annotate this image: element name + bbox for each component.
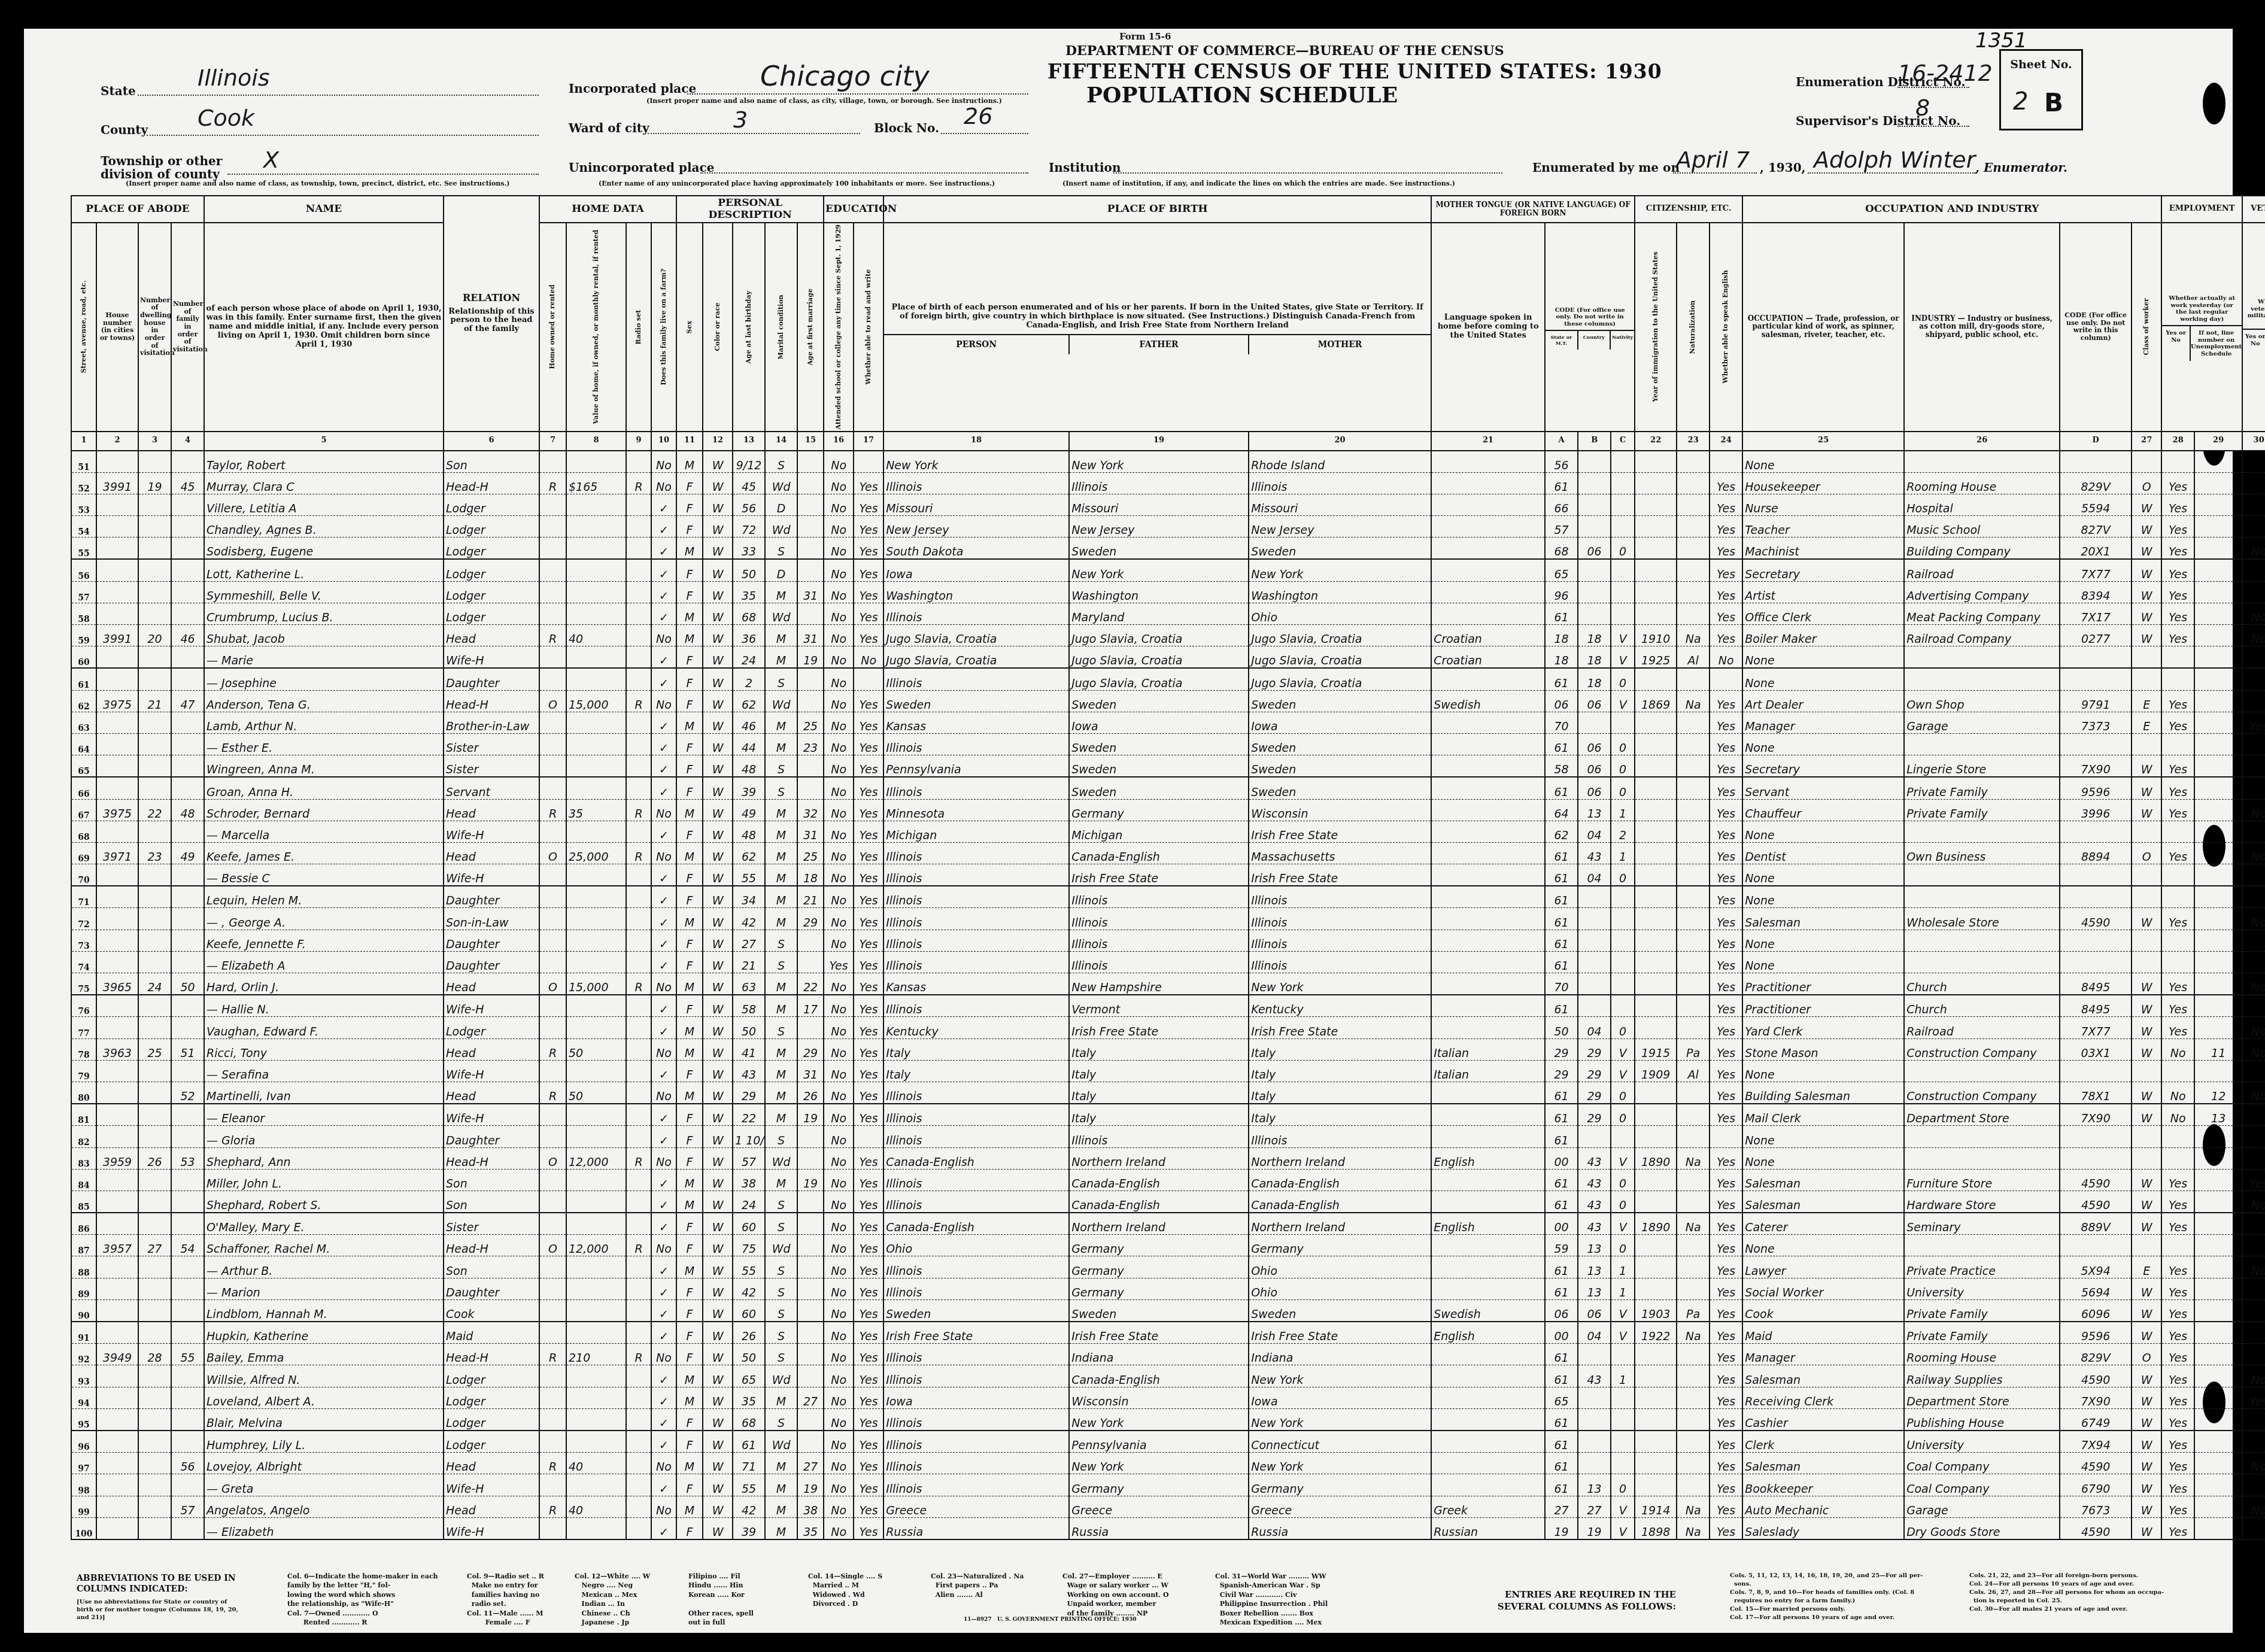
cell-age[interactable]: 50 <box>733 1344 765 1365</box>
cell-birth-person[interactable]: Minnesota <box>883 799 1069 821</box>
cell-code-d[interactable]: 3996 <box>2060 799 2132 821</box>
cell-sex[interactable]: F <box>676 559 703 581</box>
cell-immig[interactable] <box>1635 777 1677 799</box>
cell-owned[interactable] <box>539 1126 566 1147</box>
cell-owned[interactable] <box>539 1365 566 1387</box>
cell-birth-mother[interactable]: New York <box>1249 559 1431 581</box>
cell-immig[interactable]: 1914 <box>1635 1496 1677 1517</box>
cell-family[interactable] <box>171 1256 204 1278</box>
cell-age-marriage[interactable]: 23 <box>797 733 824 755</box>
cell-age[interactable]: 62 <box>733 690 765 712</box>
cell-name[interactable]: Vaughan, Edward F. <box>204 1017 444 1038</box>
cell-relation[interactable]: Sister <box>444 733 539 755</box>
cell-at-work[interactable]: Yes <box>2161 1017 2194 1038</box>
cell-sex[interactable]: F <box>676 777 703 799</box>
cell-value[interactable] <box>566 995 626 1017</box>
cell-sex[interactable]: F <box>676 690 703 712</box>
cell-at-work[interactable] <box>2161 951 2194 973</box>
cell-code-a[interactable]: 61 <box>1545 777 1578 799</box>
cell-english[interactable]: Yes <box>1710 1213 1742 1235</box>
cell-value[interactable] <box>566 1431 626 1453</box>
cell-immig[interactable] <box>1635 755 1677 778</box>
cell-vet[interactable]: No <box>2242 908 2265 930</box>
cell-english[interactable]: Yes <box>1710 1431 1742 1453</box>
cell-birth-mother[interactable]: Italy <box>1249 1060 1431 1082</box>
cell-family[interactable] <box>171 559 204 581</box>
cell-immig[interactable]: 1915 <box>1635 1038 1677 1060</box>
cell-tongue[interactable] <box>1431 1256 1545 1278</box>
cell-industry[interactable]: Church <box>1904 973 2060 995</box>
cell-value[interactable] <box>566 864 626 886</box>
cell-code-c[interactable]: 1 <box>1611 842 1635 864</box>
cell-sex[interactable]: M <box>676 451 703 473</box>
cell-read[interactable]: Yes <box>854 1517 883 1539</box>
cell-occupation[interactable]: Manager <box>1742 712 1904 733</box>
cell-house[interactable] <box>96 1126 138 1147</box>
cell-natur[interactable] <box>1677 516 1710 537</box>
cell-radio[interactable] <box>626 1299 651 1322</box>
cell-owned[interactable] <box>539 1299 566 1322</box>
cell-family[interactable] <box>171 1365 204 1387</box>
cell-relation[interactable]: Lodger <box>444 581 539 603</box>
cell-relation[interactable]: Sister <box>444 1213 539 1235</box>
cell-birth-father[interactable]: Russia <box>1069 1517 1249 1539</box>
cell-farm[interactable]: No <box>651 799 676 821</box>
cell-tongue[interactable] <box>1431 930 1545 951</box>
cell-industry[interactable] <box>1904 646 2060 669</box>
cell-farm[interactable]: ✓ <box>651 603 676 624</box>
cell-race[interactable]: W <box>703 842 733 864</box>
cell-radio[interactable] <box>626 1453 651 1474</box>
cell-sex[interactable]: M <box>676 537 703 560</box>
cell-school[interactable]: No <box>824 755 854 778</box>
cell-school[interactable]: No <box>824 733 854 755</box>
cell-family[interactable] <box>171 886 204 908</box>
cell-code-c[interactable] <box>1611 1387 1635 1408</box>
cell-code-b[interactable]: 18 <box>1578 668 1611 690</box>
cell-immig[interactable] <box>1635 733 1677 755</box>
cell-race[interactable]: W <box>703 1191 733 1213</box>
cell-natur[interactable] <box>1677 951 1710 973</box>
cell-english[interactable]: Yes <box>1710 1038 1742 1060</box>
cell-code-a[interactable]: 57 <box>1545 516 1578 537</box>
cell-house[interactable] <box>96 1365 138 1387</box>
cell-relation[interactable]: Daughter <box>444 1126 539 1147</box>
cell-sex[interactable]: F <box>676 1299 703 1322</box>
cell-industry[interactable]: Wholesale Store <box>1904 908 2060 930</box>
cell-race[interactable]: W <box>703 559 733 581</box>
cell-code-c[interactable] <box>1611 908 1635 930</box>
cell-school[interactable]: No <box>824 581 854 603</box>
cell-code-d[interactable]: 8894 <box>2060 842 2132 864</box>
cell-unemp[interactable]: 11 <box>2194 1038 2242 1060</box>
cell-radio[interactable] <box>626 1278 651 1299</box>
cell-relation[interactable]: Lodger <box>444 494 539 515</box>
cell-age-marriage[interactable] <box>797 1344 824 1365</box>
cell-value[interactable]: $165 <box>566 472 626 494</box>
cell-family[interactable] <box>171 1322 204 1344</box>
cell-code-d[interactable] <box>2060 930 2132 951</box>
cell-read[interactable]: Yes <box>854 1104 883 1126</box>
cell-birth-person[interactable]: Illinois <box>883 472 1069 494</box>
cell-radio[interactable] <box>626 821 651 842</box>
cell-relation[interactable]: Son <box>444 1256 539 1278</box>
cell-house[interactable] <box>96 712 138 733</box>
cell-owned[interactable] <box>539 1017 566 1038</box>
cell-code-d[interactable]: 889V <box>2060 1213 2132 1235</box>
cell-tongue[interactable] <box>1431 1169 1545 1191</box>
cell-house[interactable] <box>96 1017 138 1038</box>
cell-vet[interactable] <box>2242 1431 2265 1453</box>
cell-read[interactable]: Yes <box>854 777 883 799</box>
cell-code-c[interactable] <box>1611 951 1635 973</box>
cell-school[interactable]: No <box>824 516 854 537</box>
cell-code-c[interactable] <box>1611 995 1635 1017</box>
cell-class[interactable]: O <box>2132 1344 2161 1365</box>
cell-industry[interactable]: Lingerie Store <box>1904 755 2060 778</box>
cell-family[interactable] <box>171 537 204 560</box>
cell-radio[interactable] <box>626 777 651 799</box>
cell-age[interactable]: 9/12 <box>733 451 765 473</box>
cell-family[interactable]: 46 <box>171 625 204 646</box>
cell-owned[interactable] <box>539 821 566 842</box>
cell-marital[interactable]: Wd <box>765 1431 797 1453</box>
cell-dwelling[interactable] <box>138 1474 171 1496</box>
cell-radio[interactable] <box>626 1038 651 1060</box>
cell-code-a[interactable]: 61 <box>1545 1104 1578 1126</box>
cell-birth-mother[interactable]: Sweden <box>1249 537 1431 560</box>
cell-marital[interactable]: M <box>765 1082 797 1104</box>
cell-birth-mother[interactable]: Sweden <box>1249 777 1431 799</box>
cell-age[interactable]: 55 <box>733 1256 765 1278</box>
cell-tongue[interactable] <box>1431 668 1545 690</box>
cell-birth-father[interactable]: Italy <box>1069 1104 1249 1126</box>
cell-at-work[interactable]: Yes <box>2161 1408 2194 1431</box>
cell-sex[interactable]: M <box>676 1453 703 1474</box>
cell-school[interactable]: No <box>824 842 854 864</box>
cell-farm[interactable]: No <box>651 690 676 712</box>
cell-unemp[interactable] <box>2194 1344 2242 1365</box>
cell-family[interactable] <box>171 1474 204 1496</box>
cell-code-a[interactable]: 65 <box>1545 559 1578 581</box>
cell-unemp[interactable] <box>2194 712 2242 733</box>
cell-read[interactable]: Yes <box>854 1038 883 1060</box>
cell-race[interactable]: W <box>703 1517 733 1539</box>
cell-read[interactable]: Yes <box>854 1365 883 1387</box>
cell-dwelling[interactable]: 24 <box>138 973 171 995</box>
cell-vet[interactable] <box>2242 1104 2265 1126</box>
cell-owned[interactable]: R <box>539 472 566 494</box>
cell-unemp[interactable] <box>2194 1278 2242 1299</box>
cell-code-a[interactable]: 64 <box>1545 799 1578 821</box>
cell-industry[interactable]: Railroad <box>1904 1017 2060 1038</box>
cell-house[interactable] <box>96 951 138 973</box>
cell-dwelling[interactable] <box>138 1060 171 1082</box>
cell-name[interactable]: — Elizabeth <box>204 1517 444 1539</box>
cell-age-marriage[interactable] <box>797 1431 824 1453</box>
cell-race[interactable]: W <box>703 494 733 515</box>
cell-code-c[interactable] <box>1611 472 1635 494</box>
cell-sex[interactable]: F <box>676 1213 703 1235</box>
cell-code-b[interactable] <box>1578 559 1611 581</box>
cell-birth-mother[interactable]: Northern Ireland <box>1249 1147 1431 1169</box>
cell-farm[interactable]: ✓ <box>651 1431 676 1453</box>
cell-code-a[interactable]: 27 <box>1545 1496 1578 1517</box>
cell-vet[interactable] <box>2242 516 2265 537</box>
cell-radio[interactable] <box>626 581 651 603</box>
cell-name[interactable]: Shephard, Ann <box>204 1147 444 1169</box>
cell-code-d[interactable]: 7X90 <box>2060 755 2132 778</box>
cell-code-c[interactable]: 0 <box>1611 864 1635 886</box>
cell-birth-father[interactable]: Canada-English <box>1069 1191 1249 1213</box>
cell-natur[interactable] <box>1677 1453 1710 1474</box>
cell-name[interactable]: Keefe, Jennette F. <box>204 930 444 951</box>
cell-at-work[interactable]: No <box>2161 1082 2194 1104</box>
cell-industry[interactable]: Seminary <box>1904 1213 2060 1235</box>
cell-class[interactable]: E <box>2132 690 2161 712</box>
cell-code-b[interactable] <box>1578 1126 1611 1147</box>
cell-occupation[interactable]: Caterer <box>1742 1213 1904 1235</box>
cell-marital[interactable]: Wd <box>765 516 797 537</box>
cell-value[interactable] <box>566 1017 626 1038</box>
cell-birth-person[interactable]: Illinois <box>883 1191 1069 1213</box>
cell-at-work[interactable] <box>2161 451 2194 473</box>
cell-school[interactable]: No <box>824 1017 854 1038</box>
cell-occupation[interactable]: Salesman <box>1742 908 1904 930</box>
cell-immig[interactable] <box>1635 1256 1677 1278</box>
cell-english[interactable]: Yes <box>1710 908 1742 930</box>
cell-radio[interactable]: R <box>626 1344 651 1365</box>
cell-race[interactable]: W <box>703 646 733 669</box>
cell-unemp[interactable] <box>2194 1235 2242 1256</box>
cell-farm[interactable]: ✓ <box>651 1408 676 1431</box>
cell-at-work[interactable]: Yes <box>2161 712 2194 733</box>
cell-occupation[interactable]: Clerk <box>1742 1431 1904 1453</box>
cell-birth-father[interactable]: Irish Free State <box>1069 1322 1249 1344</box>
cell-english[interactable]: Yes <box>1710 1017 1742 1038</box>
cell-race[interactable]: W <box>703 603 733 624</box>
cell-birth-person[interactable]: Illinois <box>883 842 1069 864</box>
cell-code-d[interactable]: 829V <box>2060 1344 2132 1365</box>
cell-code-b[interactable]: 06 <box>1578 1299 1611 1322</box>
cell-code-b[interactable]: 27 <box>1578 1496 1611 1517</box>
cell-age-marriage[interactable] <box>797 1147 824 1169</box>
cell-code-c[interactable] <box>1611 973 1635 995</box>
cell-code-d[interactable]: 9596 <box>2060 1322 2132 1344</box>
cell-birth-mother[interactable]: Irish Free State <box>1249 1017 1431 1038</box>
cell-race[interactable]: W <box>703 1344 733 1365</box>
cell-class[interactable]: W <box>2132 1299 2161 1322</box>
cell-birth-person[interactable]: Illinois <box>883 1082 1069 1104</box>
cell-name[interactable]: Lott, Katherine L. <box>204 559 444 581</box>
cell-value[interactable] <box>566 1408 626 1431</box>
cell-relation[interactable]: Wife-H <box>444 864 539 886</box>
cell-at-work[interactable]: Yes <box>2161 516 2194 537</box>
cell-race[interactable]: W <box>703 864 733 886</box>
cell-owned[interactable] <box>539 1278 566 1299</box>
cell-owned[interactable] <box>539 1060 566 1082</box>
cell-birth-mother[interactable]: Wisconsin <box>1249 799 1431 821</box>
cell-tongue[interactable] <box>1431 1278 1545 1299</box>
cell-natur[interactable]: Na <box>1677 1322 1710 1344</box>
cell-house[interactable] <box>96 516 138 537</box>
cell-birth-person[interactable]: Kentucky <box>883 1017 1069 1038</box>
cell-school[interactable]: No <box>824 1344 854 1365</box>
cell-marital[interactable]: M <box>765 646 797 669</box>
cell-read[interactable]: Yes <box>854 1431 883 1453</box>
cell-birth-father[interactable]: Sweden <box>1069 755 1249 778</box>
cell-english[interactable]: Yes <box>1710 842 1742 864</box>
cell-birth-father[interactable]: Iowa <box>1069 712 1249 733</box>
cell-value[interactable]: 210 <box>566 1344 626 1365</box>
cell-natur[interactable] <box>1677 472 1710 494</box>
cell-industry[interactable]: Garage <box>1904 1496 2060 1517</box>
cell-immig[interactable]: 1890 <box>1635 1213 1677 1235</box>
cell-dwelling[interactable] <box>138 821 171 842</box>
cell-vet[interactable] <box>2242 668 2265 690</box>
cell-birth-mother[interactable]: Ohio <box>1249 1256 1431 1278</box>
cell-radio[interactable] <box>626 1017 651 1038</box>
cell-immig[interactable] <box>1635 1387 1677 1408</box>
cell-relation[interactable]: Head <box>444 799 539 821</box>
cell-marital[interactable]: M <box>765 733 797 755</box>
cell-class[interactable] <box>2132 1235 2161 1256</box>
cell-family[interactable]: 51 <box>171 1038 204 1060</box>
cell-school[interactable]: No <box>824 1496 854 1517</box>
cell-vet[interactable]: No <box>2242 842 2265 864</box>
cell-farm[interactable]: ✓ <box>651 821 676 842</box>
cell-tongue[interactable]: Swedish <box>1431 1299 1545 1322</box>
cell-natur[interactable] <box>1677 668 1710 690</box>
cell-school[interactable]: No <box>824 1474 854 1496</box>
cell-vet[interactable] <box>2242 559 2265 581</box>
cell-class[interactable]: W <box>2132 1453 2161 1474</box>
cell-race[interactable]: W <box>703 1213 733 1235</box>
cell-owned[interactable]: R <box>539 1082 566 1104</box>
cell-house[interactable] <box>96 537 138 560</box>
cell-farm[interactable]: ✓ <box>651 908 676 930</box>
cell-marital[interactable]: S <box>765 451 797 473</box>
cell-house[interactable] <box>96 1169 138 1191</box>
cell-dwelling[interactable] <box>138 537 171 560</box>
cell-natur[interactable] <box>1677 537 1710 560</box>
cell-school[interactable]: No <box>824 1453 854 1474</box>
cell-english[interactable]: Yes <box>1710 1408 1742 1431</box>
cell-birth-father[interactable]: Canada-English <box>1069 1365 1249 1387</box>
cell-marital[interactable]: M <box>765 821 797 842</box>
cell-name[interactable]: — Gloria <box>204 1126 444 1147</box>
cell-dwelling[interactable] <box>138 1278 171 1299</box>
cell-vet[interactable] <box>2242 1517 2265 1539</box>
cell-natur[interactable] <box>1677 755 1710 778</box>
cell-tongue[interactable] <box>1431 864 1545 886</box>
cell-vet[interactable] <box>2242 494 2265 515</box>
cell-age-marriage[interactable]: 31 <box>797 821 824 842</box>
cell-name[interactable]: Lamb, Arthur N. <box>204 712 444 733</box>
cell-owned[interactable]: O <box>539 973 566 995</box>
cell-farm[interactable]: ✓ <box>651 1387 676 1408</box>
cell-immig[interactable]: 1925 <box>1635 646 1677 669</box>
cell-code-b[interactable]: 43 <box>1578 1147 1611 1169</box>
cell-sex[interactable]: F <box>676 1344 703 1365</box>
cell-natur[interactable] <box>1677 451 1710 473</box>
cell-code-d[interactable]: 7X17 <box>2060 603 2132 624</box>
cell-class[interactable]: W <box>2132 581 2161 603</box>
cell-age[interactable]: 75 <box>733 1235 765 1256</box>
cell-immig[interactable] <box>1635 995 1677 1017</box>
cell-age[interactable]: 61 <box>733 1431 765 1453</box>
cell-radio[interactable] <box>626 1517 651 1539</box>
cell-farm[interactable]: ✓ <box>651 537 676 560</box>
cell-value[interactable] <box>566 1387 626 1408</box>
cell-at-work[interactable]: Yes <box>2161 1431 2194 1453</box>
cell-family[interactable]: 50 <box>171 973 204 995</box>
cell-family[interactable]: 56 <box>171 1453 204 1474</box>
cell-house[interactable] <box>96 1453 138 1474</box>
cell-occupation[interactable]: Building Salesman <box>1742 1082 1904 1104</box>
cell-code-d[interactable]: 7373 <box>2060 712 2132 733</box>
cell-school[interactable]: No <box>824 1038 854 1060</box>
cell-read[interactable]: Yes <box>854 1496 883 1517</box>
cell-birth-father[interactable]: Michigan <box>1069 821 1249 842</box>
cell-marital[interactable]: Wd <box>765 1365 797 1387</box>
cell-immig[interactable] <box>1635 908 1677 930</box>
cell-english[interactable]: Yes <box>1710 1256 1742 1278</box>
cell-age-marriage[interactable] <box>797 951 824 973</box>
cell-code-c[interactable] <box>1611 1344 1635 1365</box>
cell-marital[interactable]: D <box>765 494 797 515</box>
cell-age-marriage[interactable]: 32 <box>797 799 824 821</box>
cell-value[interactable]: 40 <box>566 1496 626 1517</box>
cell-dwelling[interactable] <box>138 712 171 733</box>
cell-value[interactable] <box>566 908 626 930</box>
cell-owned[interactable] <box>539 668 566 690</box>
cell-occupation[interactable]: Auto Mechanic <box>1742 1496 1904 1517</box>
cell-birth-person[interactable]: Sweden <box>883 1299 1069 1322</box>
cell-relation[interactable]: Son <box>444 1191 539 1213</box>
cell-natur[interactable] <box>1677 973 1710 995</box>
cell-house[interactable]: 3975 <box>96 799 138 821</box>
cell-english[interactable]: Yes <box>1710 1169 1742 1191</box>
cell-read[interactable]: Yes <box>854 733 883 755</box>
cell-code-a[interactable]: 18 <box>1545 625 1578 646</box>
cell-occupation[interactable]: Servant <box>1742 777 1904 799</box>
cell-school[interactable]: No <box>824 1147 854 1169</box>
cell-code-c[interactable] <box>1611 1453 1635 1474</box>
cell-farm[interactable]: ✓ <box>651 777 676 799</box>
cell-industry[interactable]: Rooming House <box>1904 1344 2060 1365</box>
cell-birth-person[interactable]: Illinois <box>883 930 1069 951</box>
cell-birth-mother[interactable]: Connecticut <box>1249 1431 1431 1453</box>
cell-natur[interactable] <box>1677 1104 1710 1126</box>
cell-code-b[interactable]: 13 <box>1578 1256 1611 1278</box>
cell-name[interactable]: Keefe, James E. <box>204 842 444 864</box>
cell-code-d[interactable]: 4590 <box>2060 1517 2132 1539</box>
cell-unemp[interactable] <box>2194 733 2242 755</box>
cell-birth-mother[interactable]: Italy <box>1249 1038 1431 1060</box>
cell-house[interactable] <box>96 451 138 473</box>
cell-marital[interactable]: S <box>765 777 797 799</box>
sheet-number[interactable]: 2 <box>2013 88 2028 116</box>
cell-race[interactable]: W <box>703 1299 733 1322</box>
cell-industry[interactable]: University <box>1904 1431 2060 1453</box>
cell-read[interactable]: Yes <box>854 821 883 842</box>
cell-birth-person[interactable]: Michigan <box>883 821 1069 842</box>
cell-natur[interactable] <box>1677 1278 1710 1299</box>
cell-age-marriage[interactable]: 25 <box>797 712 824 733</box>
cell-vet[interactable] <box>2242 1408 2265 1431</box>
cell-family[interactable] <box>171 668 204 690</box>
